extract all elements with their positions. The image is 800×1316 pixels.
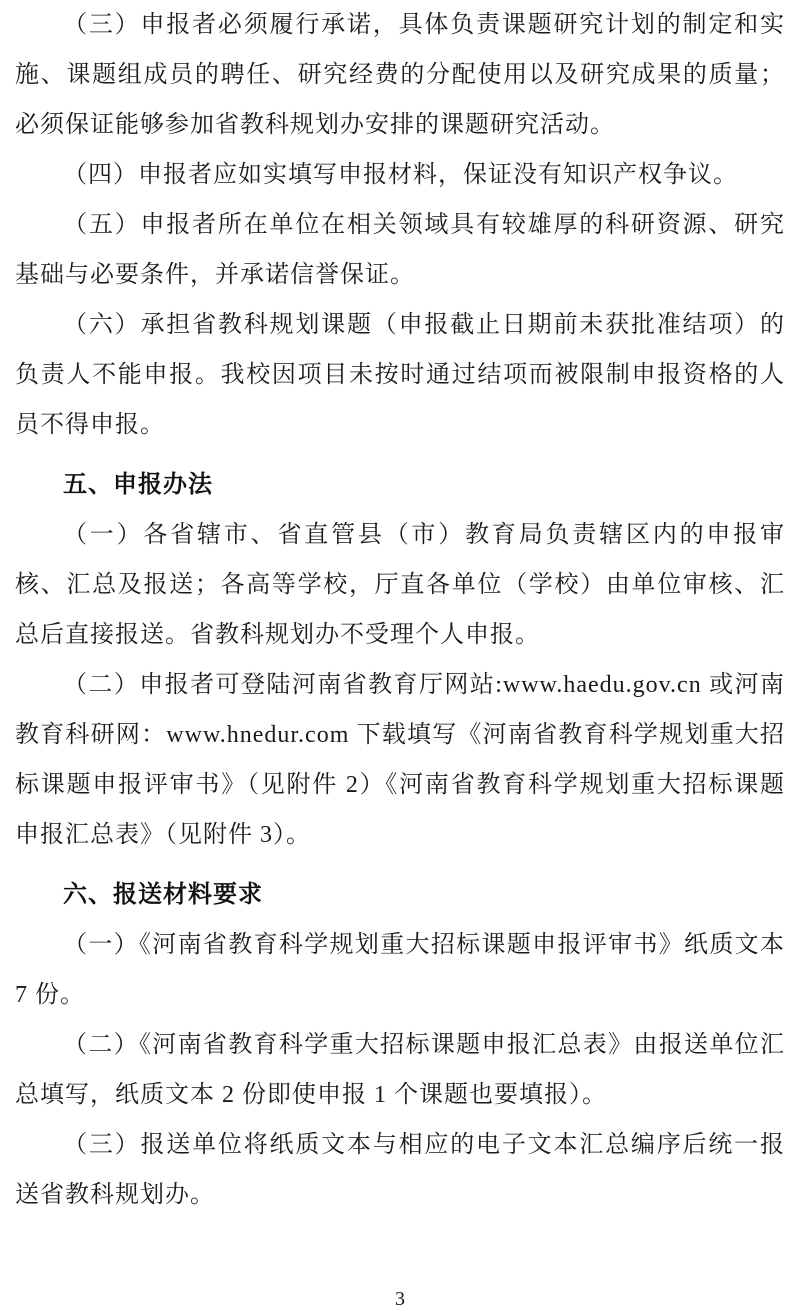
page-number: 3 [0,1286,800,1312]
paragraph-item-3: （三）申报者必须履行承诺，具体负责课题研究计划的制定和实施、课题组成员的聘任、研… [15,0,785,150]
paragraph-item-4: （四）申报者应如实填写申报材料，保证没有知识产权争议。 [15,150,785,200]
paragraph-s6-item-3: （三）报送单位将纸质文本与相应的电子文本汇总编序后统一报送省教科规划办。 [15,1120,785,1220]
paragraph-s6-item-1: （一）《河南省教育科学规划重大招标课题申报评审书》纸质文本 7 份。 [15,920,785,1020]
paragraph-s6-item-2: （二）《河南省教育科学重大招标课题申报汇总表》由报送单位汇总填写，纸质文本 2 … [15,1020,785,1120]
paragraph-item-5: （五）申报者所在单位在相关领域具有较雄厚的科研资源、研究基础与必要条件，并承诺信… [15,200,785,300]
document-page: （三）申报者必须履行承诺，具体负责课题研究计划的制定和实施、课题组成员的聘任、研… [0,0,800,1316]
section-heading-5: 五、申报办法 [15,460,785,510]
paragraph-item-6: （六）承担省教科规划课题（申报截止日期前未获批准结项）的负责人不能申报。我校因项… [15,300,785,450]
paragraph-s5-item-2: （二）申报者可登陆河南省教育厅网站:www.haedu.gov.cn 或河南教育… [15,660,785,860]
section-heading-6: 六、报送材料要求 [15,870,785,920]
paragraph-s5-item-1: （一）各省辖市、省直管县（市）教育局负责辖区内的申报审核、汇总及报送；各高等学校… [15,510,785,660]
